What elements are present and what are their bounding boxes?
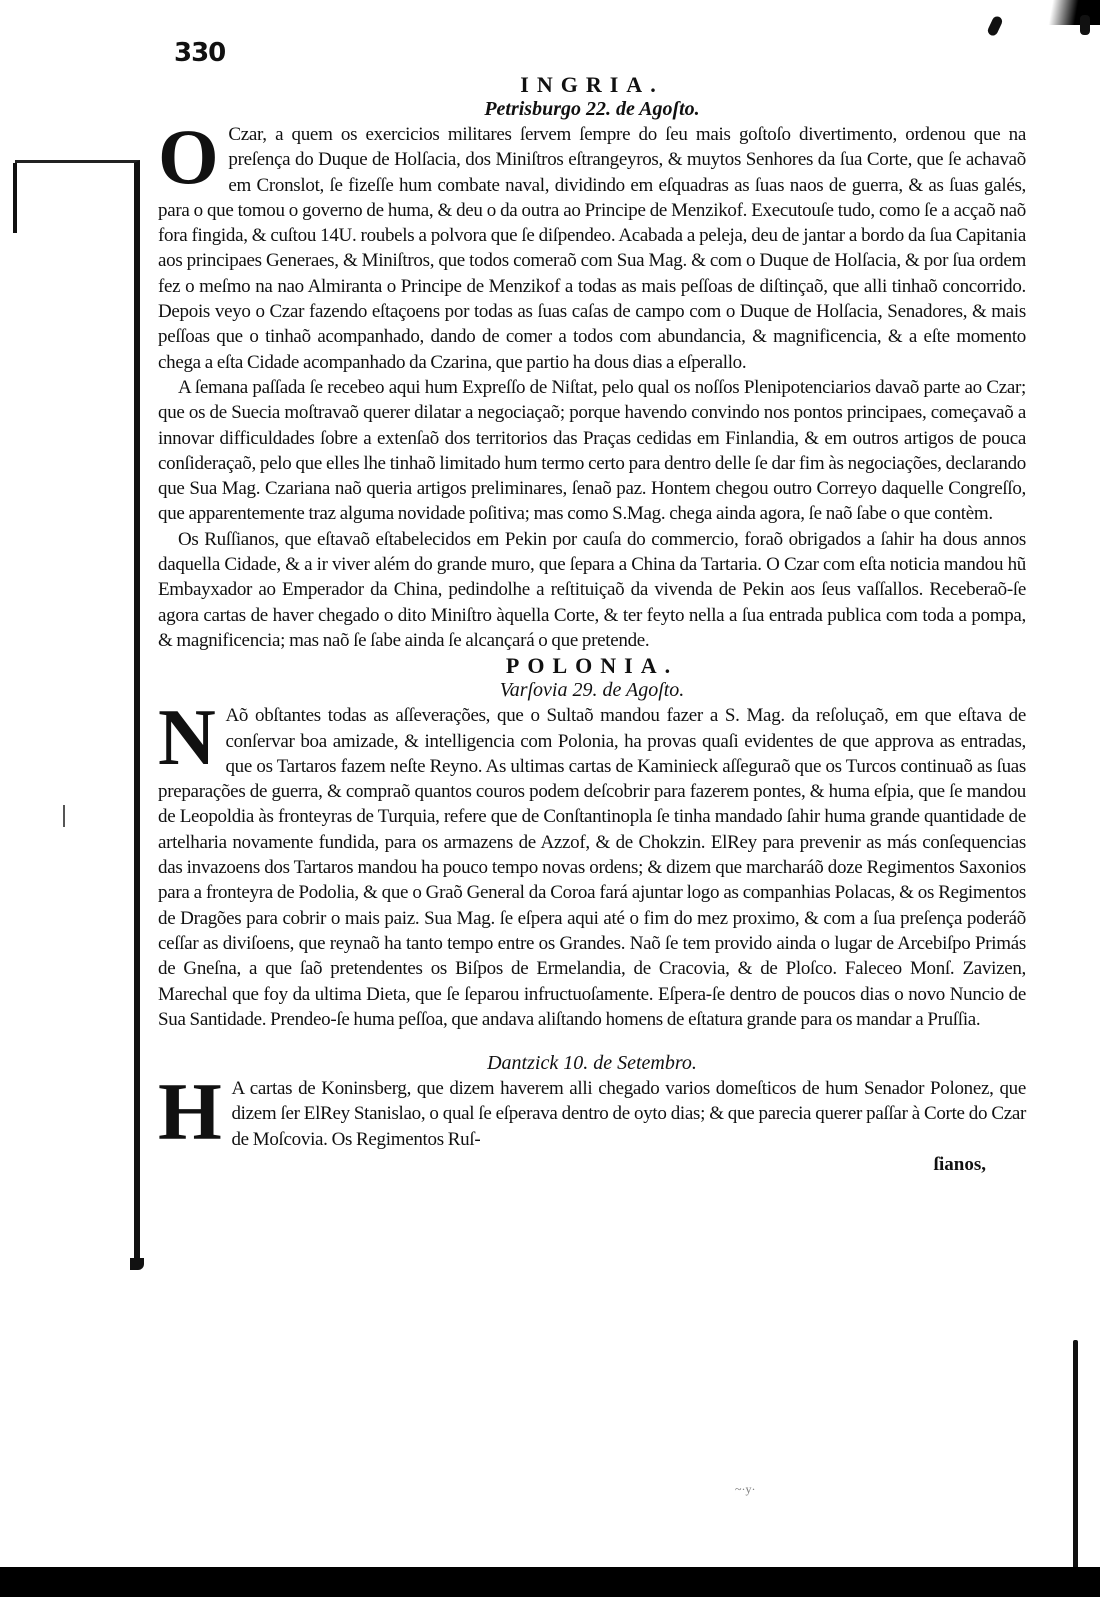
ink-smudge: ~·y· [735, 1482, 755, 1497]
paragraph-text: Aõ obſtantes todas as aſſeverações, que … [158, 705, 1026, 1030]
paragraph: A ſemana paſſada ſe recebeo aqui hum Exp… [158, 375, 1026, 527]
paragraph-text: A cartas de Koninsberg, que dizem havere… [231, 1078, 1026, 1150]
page-number: 330 [174, 40, 1026, 66]
dropcap-letter: H [158, 1080, 221, 1144]
dropcap-letter: O [158, 126, 218, 188]
dateline: Petrisburgo 22. de Agoſto. [158, 98, 1026, 120]
section-title: INGRIA. [158, 74, 1026, 96]
scan-edge-mark [1073, 1340, 1078, 1570]
dropcap-letter: N [158, 705, 215, 771]
margin-mark [63, 805, 71, 827]
section-polonia: POLONIA. Varſovia 29. de Agoſto. NAõ obſ… [158, 655, 1026, 1152]
ink-blot [986, 15, 1004, 37]
gazette-page: 330 INGRIA. Petrisburgo 22. de Agoſto. O… [158, 40, 1026, 1177]
scan-edge-mark [1080, 15, 1090, 35]
paragraph: HA cartas de Koninsberg, que dizem haver… [158, 1076, 1026, 1152]
catchword: ſianos, [158, 1152, 1026, 1177]
section-ingria: INGRIA. Petrisburgo 22. de Agoſto. OCzar… [158, 74, 1026, 653]
binding-bracket-mark [15, 160, 140, 1260]
scan-edge-shadow [1040, 0, 1100, 25]
dateline: Dantzick 10. de Setembro. [158, 1052, 1026, 1074]
paragraph: OCzar, a quem os exercicios militares ſe… [158, 122, 1026, 375]
paragraph-text: A ſemana paſſada ſe recebeo aqui hum Exp… [158, 377, 1026, 524]
paragraph-text: Os Ruſſianos, que eſtavaõ eſtabelecidos … [158, 529, 1026, 651]
paragraph: NAõ obſtantes todas as aſſeverações, que… [158, 703, 1026, 1032]
scan-bottom-border [0, 1567, 1100, 1597]
dateline: Varſovia 29. de Agoſto. [158, 679, 1026, 701]
paragraph: Os Ruſſianos, que eſtavaõ eſtabelecidos … [158, 527, 1026, 653]
paragraph-text: Czar, a quem os exercicios militares ſer… [158, 124, 1026, 373]
section-title: POLONIA. [158, 655, 1026, 677]
